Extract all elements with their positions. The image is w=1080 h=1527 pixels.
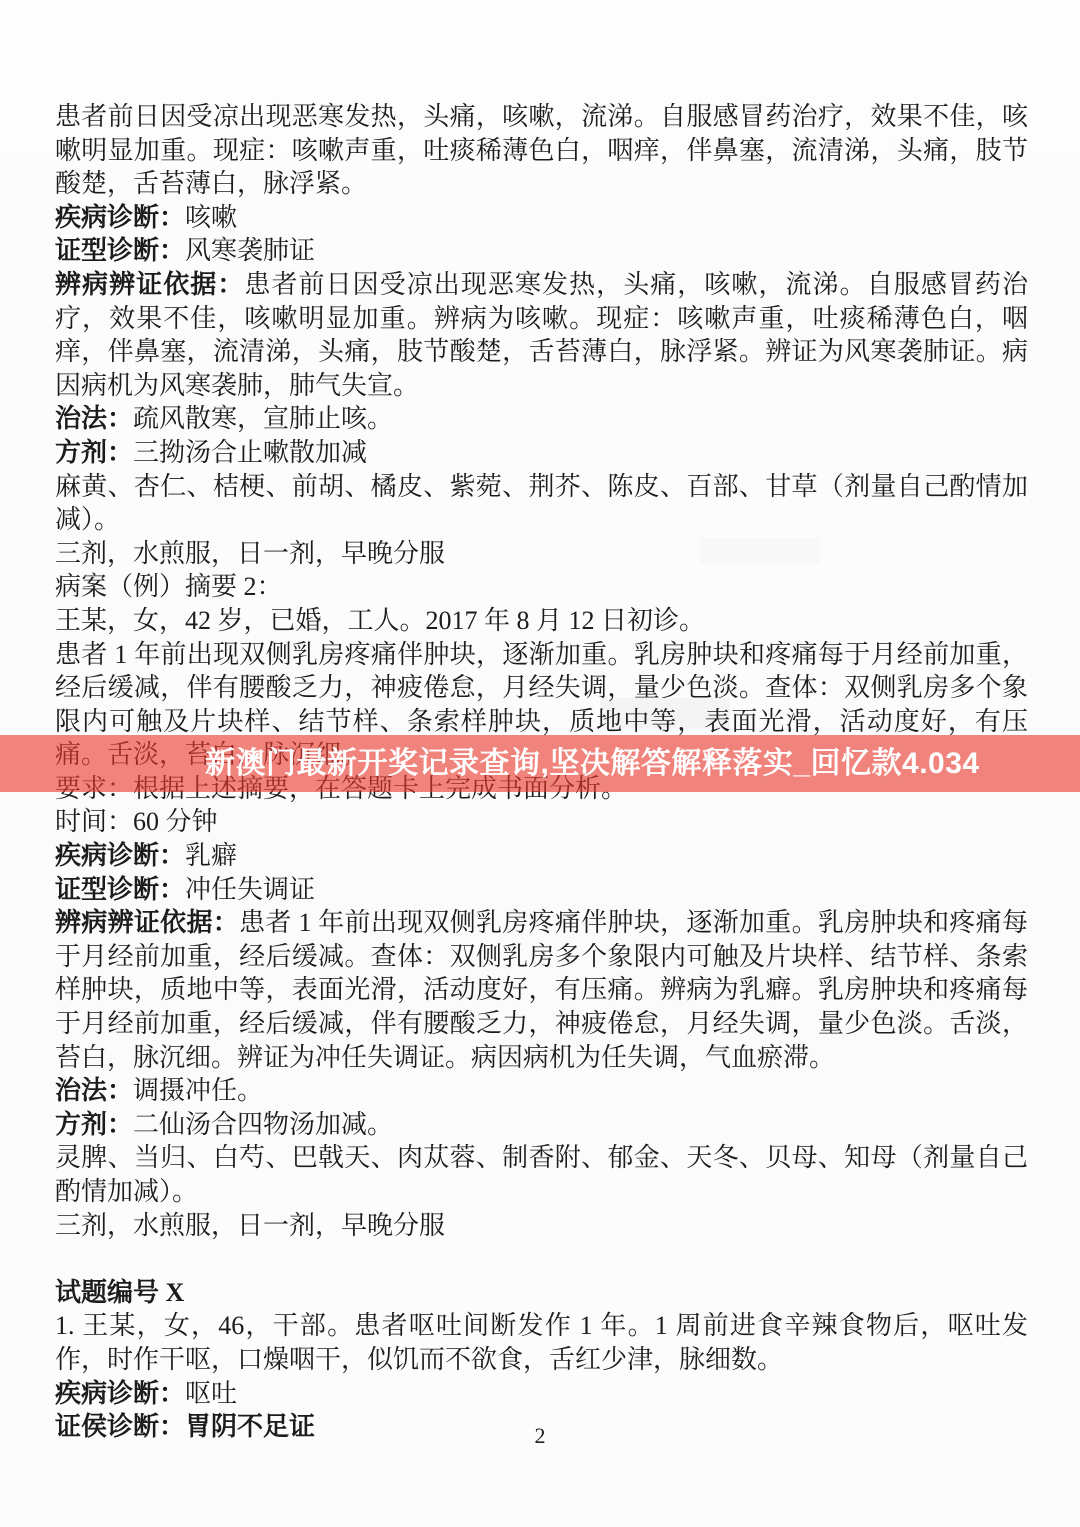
document-line: 方剂：二仙汤合四物汤加减。 — [55, 1108, 1028, 1142]
document-line: 疾病诊断：乳癖 — [55, 839, 1028, 873]
document-page: 患者前日因受凉出现恶寒发热，头痛，咳嗽，流涕。自服感冒药治疗，效果不佳，咳嗽明显… — [0, 0, 1080, 1527]
document-line: 灵脾、当归、白芍、巴戟天、肉苁蓉、制香附、郁金、天冬、贝母、知母（剂量自己酌情加… — [55, 1141, 1028, 1208]
document-line: 三剂，水煎服，日一剂，早晚分服 — [55, 537, 1028, 571]
document-line: 治法：疏风散寒，宣肺止咳。 — [55, 402, 1028, 436]
document-blank-line — [55, 1242, 1028, 1276]
document-line: 病案（例）摘要 2： — [55, 570, 1028, 604]
document-line: 治法：调摄冲任。 — [55, 1074, 1028, 1108]
document-line: 证型诊断：冲任失调证 — [55, 873, 1028, 907]
document-line: 辨病辨证依据：患者 1 年前出现双侧乳房疼痛伴肿块，逐渐加重。乳房肿块和疼痛每于… — [55, 906, 1028, 1074]
document-line: 疾病诊断：呕吐 — [55, 1377, 1028, 1411]
document-line: 疾病诊断：咳嗽 — [55, 201, 1028, 235]
document-line: 麻黄、杏仁、桔梗、前胡、橘皮、紫菀、荆芥、陈皮、百部、甘草（剂量自己酌情加减）。 — [55, 470, 1028, 537]
document-line: 证型诊断：风寒袭肺证 — [55, 234, 1028, 268]
page-number: 2 — [0, 1423, 1080, 1449]
overlay-banner[interactable]: 新澳门最新开奖记录查询,坚决解答解释落实_回忆款4.034 — [0, 735, 1080, 792]
overlay-banner-text: 新澳门最新开奖记录查询,坚决解答解释落实_回忆款4.034 — [205, 749, 980, 779]
document-line: 三剂，水煎服，日一剂，早晚分服 — [55, 1209, 1028, 1243]
document-line: 王某，女，42 岁，已婚，工人。2017 年 8 月 12 日初诊。 — [55, 604, 1028, 638]
document-line: 试题编号 X — [55, 1276, 1028, 1310]
document-line: 方剂：三拗汤合止嗽散加减 — [55, 436, 1028, 470]
document-line: 辨病辨证依据：患者前日因受凉出现恶寒发热，头痛，咳嗽，流涕。自服感冒药治疗，效果… — [55, 268, 1028, 402]
document-line: 1. 王某，女，46，干部。患者呕吐间断发作 1 年。1 周前进食辛辣食物后，呕… — [55, 1309, 1028, 1376]
document-line: 患者前日因受凉出现恶寒发热，头痛，咳嗽，流涕。自服感冒药治疗，效果不佳，咳嗽明显… — [55, 100, 1028, 201]
document-line: 时间：60 分钟 — [55, 805, 1028, 839]
